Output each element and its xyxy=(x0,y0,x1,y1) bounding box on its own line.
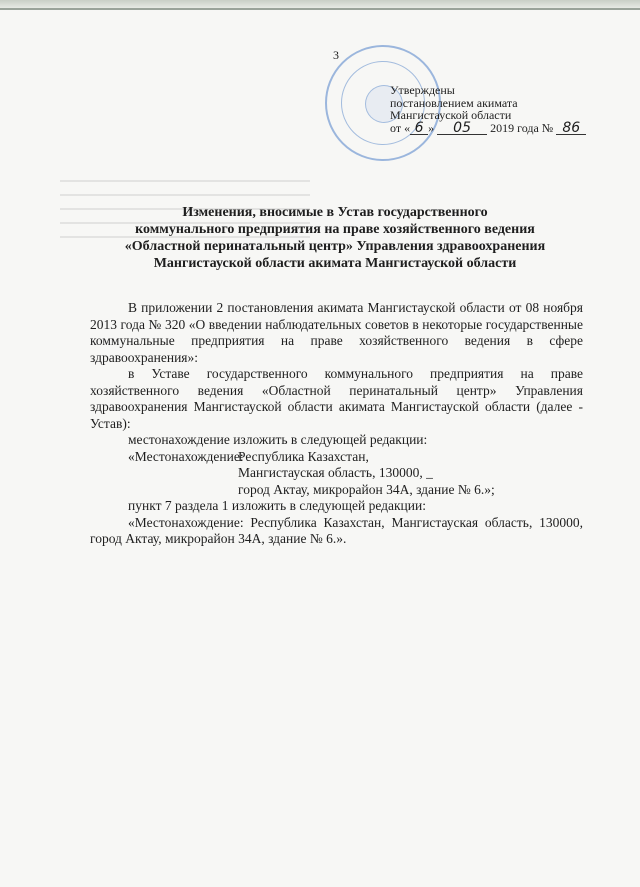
number-handwritten: 86 xyxy=(556,122,586,136)
month-handwritten: 05 xyxy=(437,122,487,136)
scan-top-edge xyxy=(0,0,640,10)
day-handwritten: 6 xyxy=(410,122,428,136)
address-block: «Местонахождение: Республика Казахстан, … xyxy=(90,449,583,499)
paragraph-5: «Местонахождение: Республика Казахстан, … xyxy=(90,515,583,548)
paragraph-2: в Уставе государственного коммунального … xyxy=(90,366,583,432)
document-title: Изменения, вносимые в Устав государствен… xyxy=(100,204,570,272)
page-number: 3 xyxy=(333,48,339,63)
paragraph-4: пункт 7 раздела 1 изложить в следующей р… xyxy=(90,498,583,515)
approval-line-1: Утверждены xyxy=(390,84,586,97)
paragraph-3: местонахождение изложить в следующей ред… xyxy=(90,432,583,449)
approval-date-line: от «6» 05 2019 года № 86 xyxy=(390,122,586,136)
approval-block: Утверждены постановлением акимата Мангис… xyxy=(390,84,586,135)
document-body: В приложении 2 постановления акимата Ман… xyxy=(90,300,583,548)
paragraph-1: В приложении 2 постановления акимата Ман… xyxy=(90,300,583,366)
